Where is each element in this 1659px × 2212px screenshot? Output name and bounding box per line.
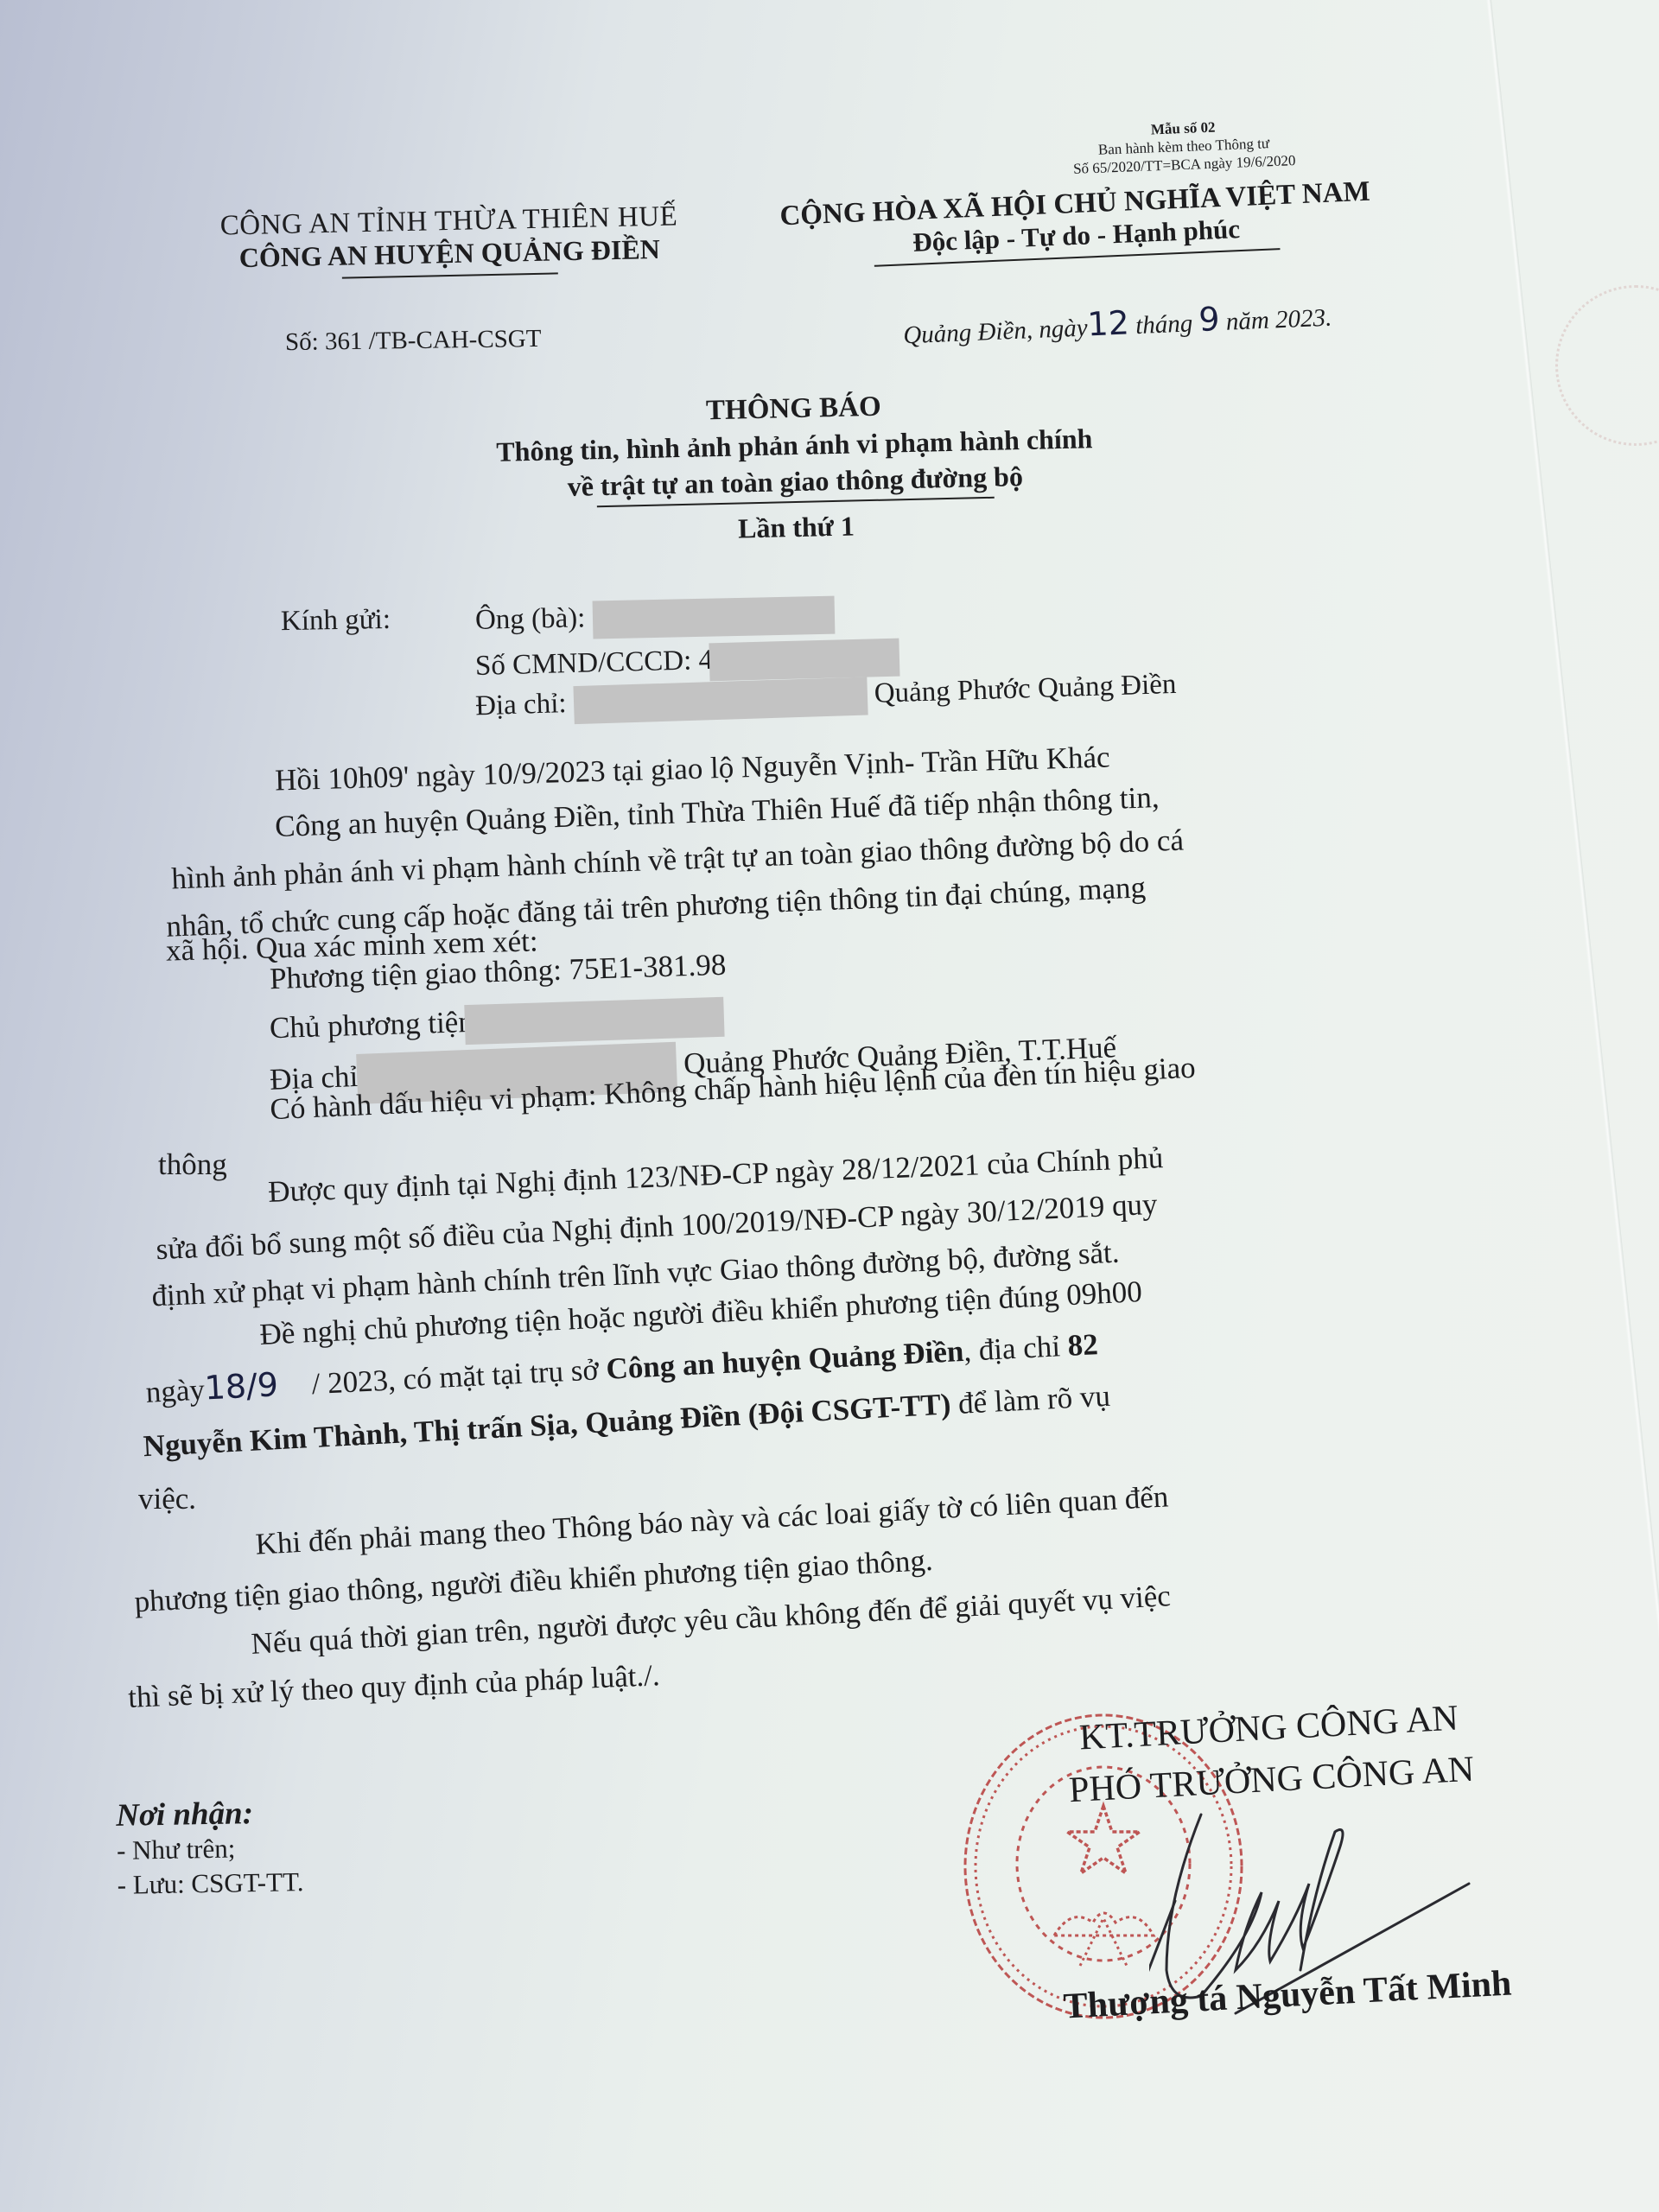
request-purpose: để làm rõ vụ (957, 1379, 1111, 1421)
recipient-name-label: Ông (bà): (475, 602, 586, 636)
recipients-block: Nơi nhận: - Như trên; - Lưu: CSGT-TT. (116, 1796, 304, 1903)
date-prefix: Quảng Điền, ngày (903, 314, 1089, 349)
issuer-header: CÔNG AN TỈNH THỪA THIÊN HUẾ CÔNG AN HUYỆ… (172, 200, 727, 282)
recipient-name-row: Ông (bà): (475, 596, 835, 642)
late-line: thì sẽ bị xử lý theo quy định của pháp l… (127, 1658, 660, 1715)
request-day-prefix: ngày (145, 1372, 206, 1408)
redacted-name (592, 596, 835, 639)
recipients-heading: Nơi nhận: (116, 1796, 302, 1834)
national-header: CỘNG HÒA XÃ HỘI CHỦ NGHĨA VIỆT NAM Độc l… (738, 175, 1414, 273)
handwritten-month: 9 (1198, 300, 1220, 339)
redacted-owner (465, 997, 725, 1045)
recipient-id-label: Số CMND/CCCD: (475, 645, 692, 682)
bleed-through-stamp (1555, 285, 1659, 446)
redacted-address (573, 677, 868, 725)
issuer-underline (342, 272, 558, 278)
date-line: Quảng Điền, ngày12 tháng 9 năm 2023. (902, 296, 1332, 352)
handwritten-appointment-day: 18 (204, 1367, 248, 1407)
handwritten-appointment-month: 9 (257, 1365, 279, 1404)
date-month-label: tháng (1135, 309, 1193, 340)
recipient-item: - Lưu: CSGT-TT. (117, 1865, 303, 1903)
document-page: Mẫu số 02 Ban hành kèm theo Thông tư Số … (0, 0, 1659, 2212)
redacted-id (709, 639, 899, 682)
document-number: Số: 361 /TB-CAH-CSGT (285, 325, 542, 357)
owner-label: Chủ phương tiện: (269, 1005, 482, 1046)
recipient-item: - Như trên; (117, 1830, 303, 1868)
notice-title: THÔNG BÁO Thông tin, hình ảnh phản ánh v… (396, 382, 1194, 561)
bring-line: Khi đến phải mang theo Thông báo này và … (255, 1479, 1169, 1561)
police-office-name: Công an huyện Quảng Điền (606, 1334, 965, 1386)
address-number: 82 (1067, 1327, 1099, 1363)
violation-line-2: thông (158, 1147, 227, 1182)
form-reference: Mẫu số 02 Ban hành kèm theo Thông tư Số … (1027, 113, 1340, 180)
recipient-label: Kính gửi: (281, 604, 391, 638)
recipient-address-tail: Quảng Phước Quảng Điền (874, 669, 1177, 709)
request-year: / 2023, có mặt tại trụ sở (311, 1352, 600, 1401)
recipient-address-label: Địa chỉ: (475, 688, 567, 721)
handwritten-day: 12 (1087, 303, 1130, 343)
request-address-label: , địa chỉ (963, 1329, 1061, 1368)
date-year: năm 2023. (1225, 304, 1332, 336)
request-line-4: việc. (138, 1482, 196, 1516)
